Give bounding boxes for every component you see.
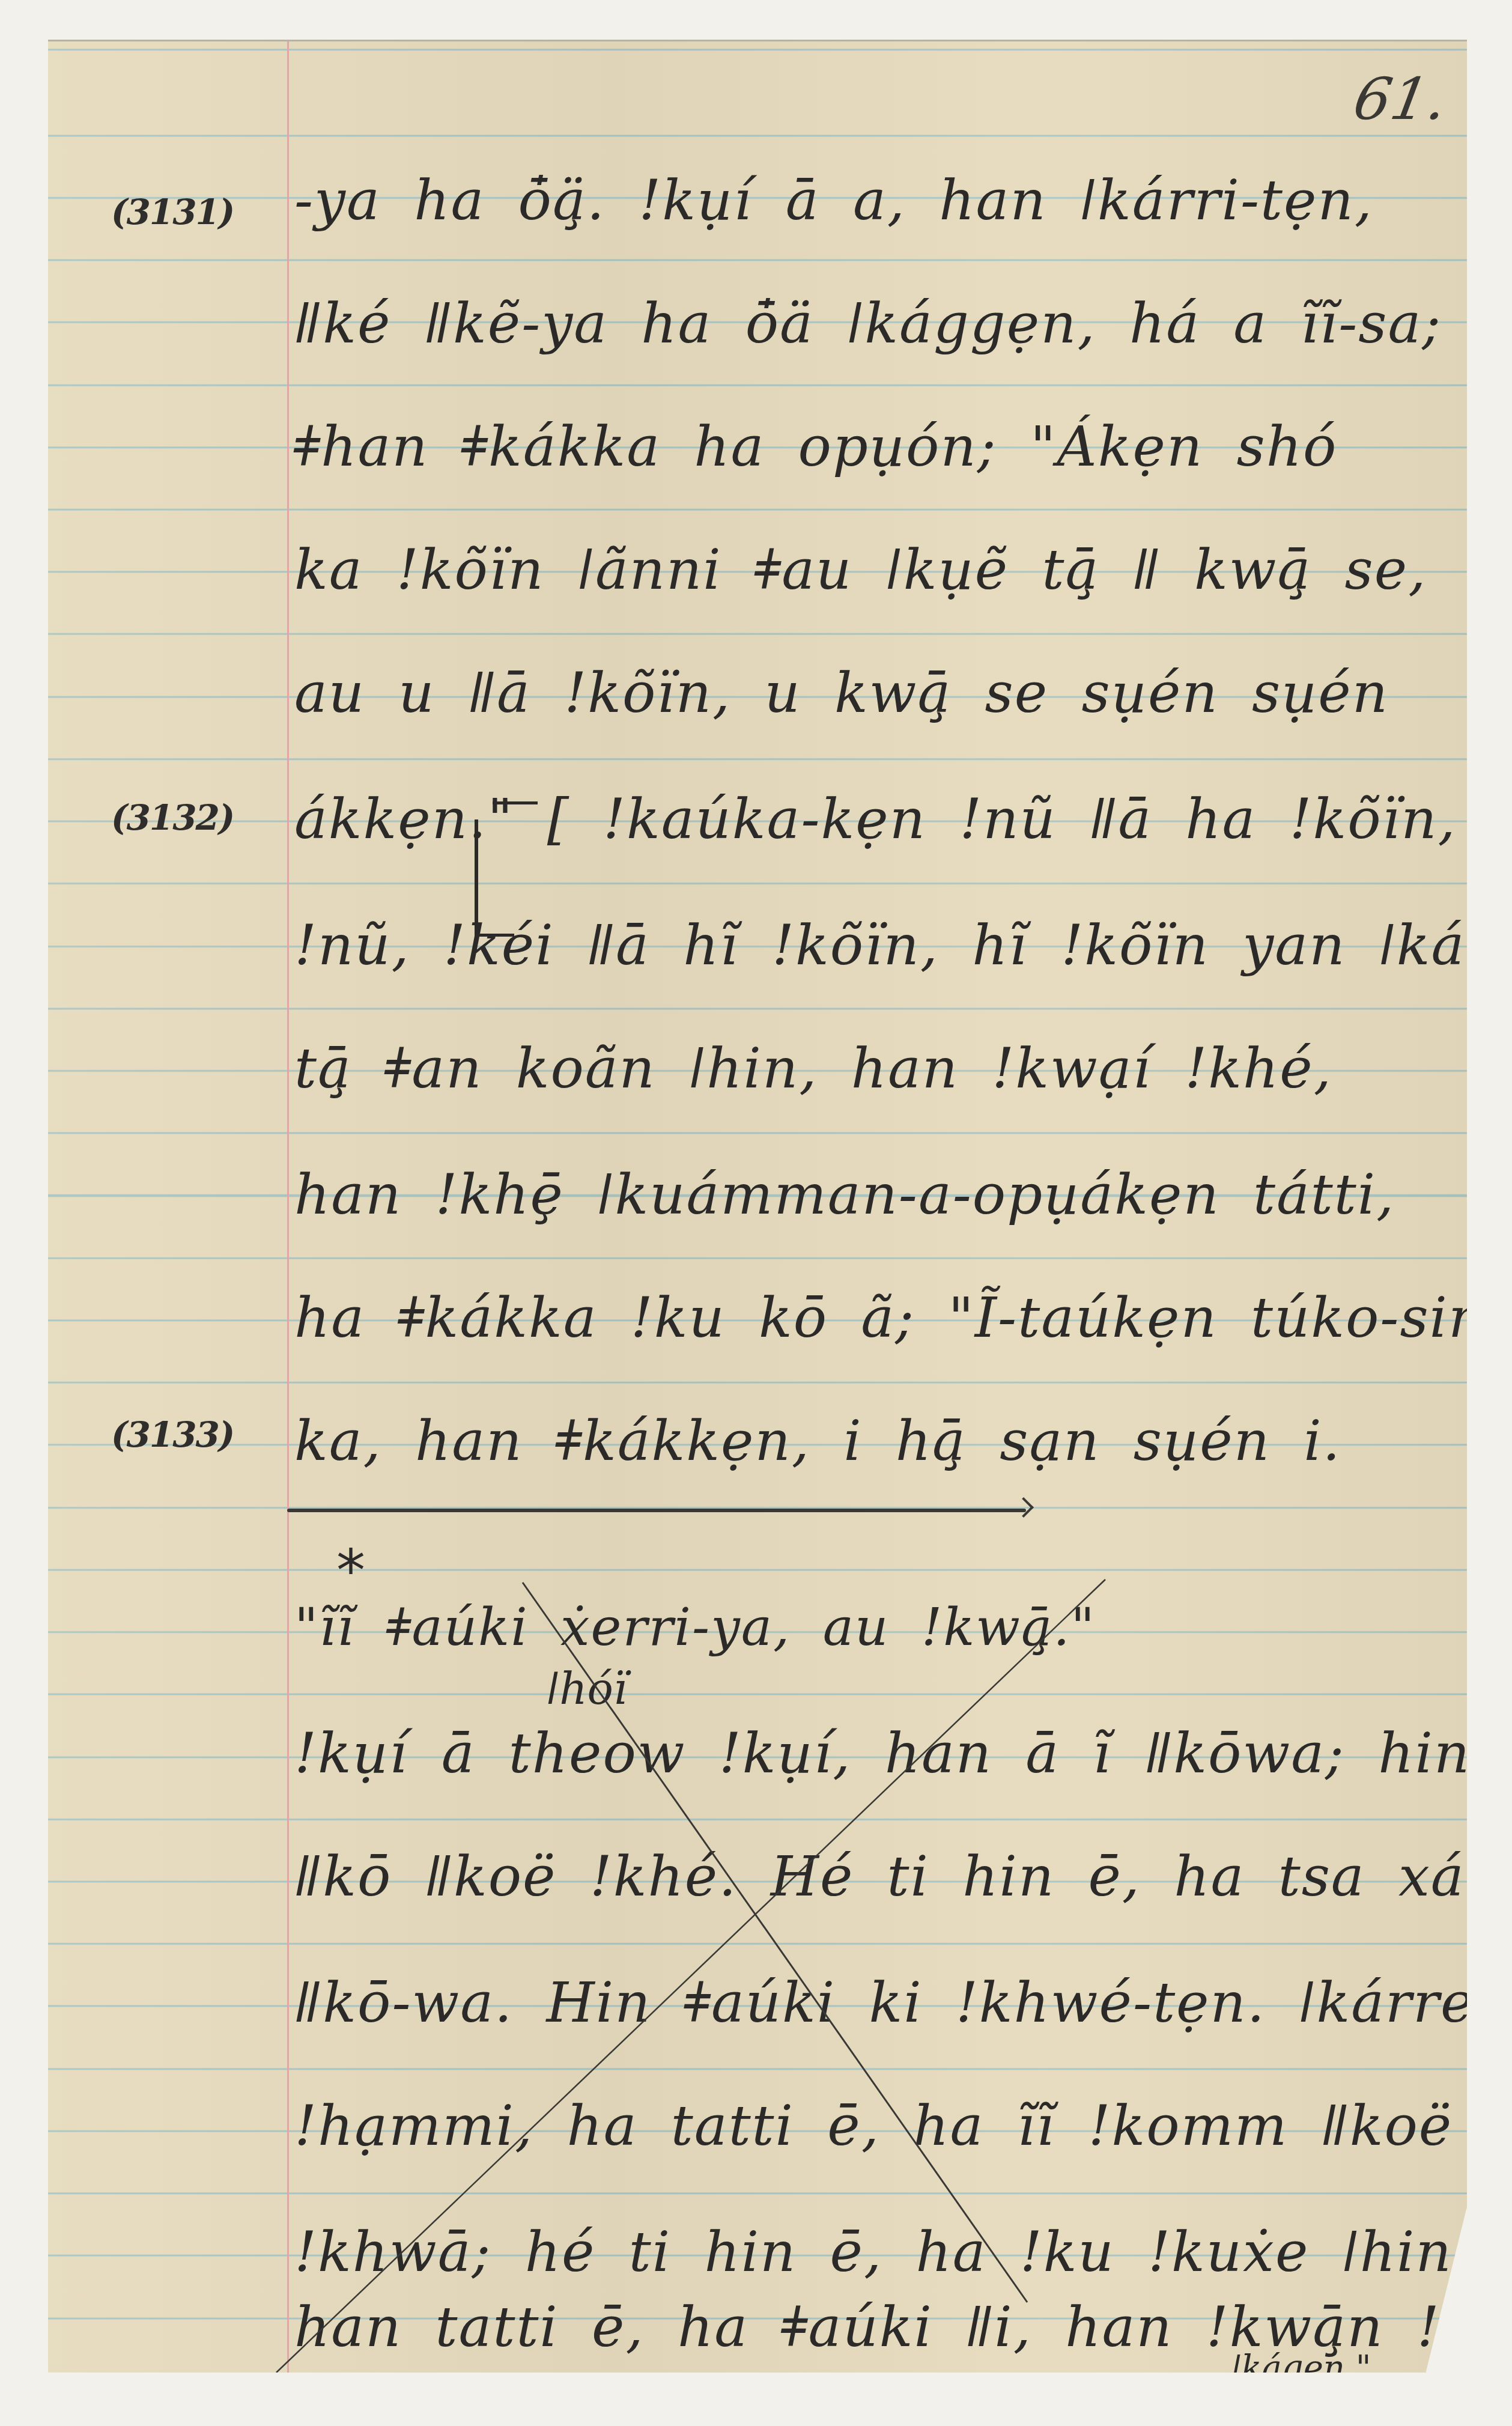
text-line: !nũ, !kéi ǁā hĩ !kõïn, hĩ !kõïn yan ǀkár…: [294, 916, 1460, 976]
section-end-arrow: [287, 1509, 1026, 1512]
section-number-3131: (3131): [111, 192, 234, 233]
bracket-mark: [475, 819, 514, 937]
footnote-marker: *: [336, 1537, 365, 1605]
footnote-quote: "ĩĩ ǂaúki ẋerri-ya, au !kwā̧.": [294, 1598, 1460, 1658]
text-line: -ya ha ō̍ä̧. !kụí ā a, han ǀkárri-tẹn,: [294, 171, 1460, 231]
text-line: ha ǂkákka !ku kō ã; "Ĩ-taúkẹn túko-sin: [294, 1288, 1460, 1348]
footnote-line: !khwā; hé ti hin ē, ha !ku !kuẋe ǀhin; ĩ…: [294, 2222, 1460, 2282]
manuscript-page: 61. (3131) (3132) (3133) -ya ha ō̍ä̧. !k…: [48, 40, 1467, 2373]
text-line: ǂhan ǂkákka ha opụón; "Ákẹn shó: [294, 417, 1460, 477]
text-line: tā̧ ǂan koãn ǀhin, han !kwạí !khé,: [294, 1039, 1460, 1099]
footnote-line: !kụí ā theow !kụí, han ā ĩ ǁkōwa; hin: [294, 1724, 1460, 1784]
section-number-3133: (3133): [111, 1414, 234, 1455]
margin-line: [287, 41, 289, 2373]
footnote-insertion: ǀhóï: [547, 1664, 627, 1714]
page-number: 61.: [1349, 65, 1452, 133]
text-line: au u ǁā !kõïn, u kwā̧ se sụén sụén: [294, 663, 1460, 723]
footnote-last-word: ǀkágẹn.": [1231, 2348, 1371, 2388]
section-number-3132: (3132): [111, 797, 234, 838]
text-line: han !khȩ̄ ǀkuámman-a-opụákẹn tátti,: [294, 1165, 1460, 1225]
text-line: ka !kõïn ǀãnni ǂau ǀkụẽ tā̧ ǁ kwā̧ se,: [294, 540, 1460, 600]
footnote-line: !hạmmi, ha tatti ē, ha ĩĩ !komm ǁkoë !kh…: [294, 2096, 1460, 2156]
text-line: ákkẹn." [ !kaúka-kẹn !nũ ǁā ha !kõïn, hi…: [294, 789, 1460, 850]
footnote-line: ǁkō ǁkoë !khé. Hé ti hin ē, ha tsa xáitẹ…: [294, 1847, 1460, 1907]
footnote-line: ǁkō-wa. Hin ǂaúki ki !khwé-tẹn. ǀkárretẹ…: [294, 1973, 1460, 2033]
text-line: ka, han ǂkákkẹn, i hā̧ sạn sụén i.: [294, 1411, 1460, 1471]
text-line: ǁké ǁkẽ-ya ha ō̍ä ǀkággẹn, há a ĩĩ-sa;: [294, 294, 1460, 354]
